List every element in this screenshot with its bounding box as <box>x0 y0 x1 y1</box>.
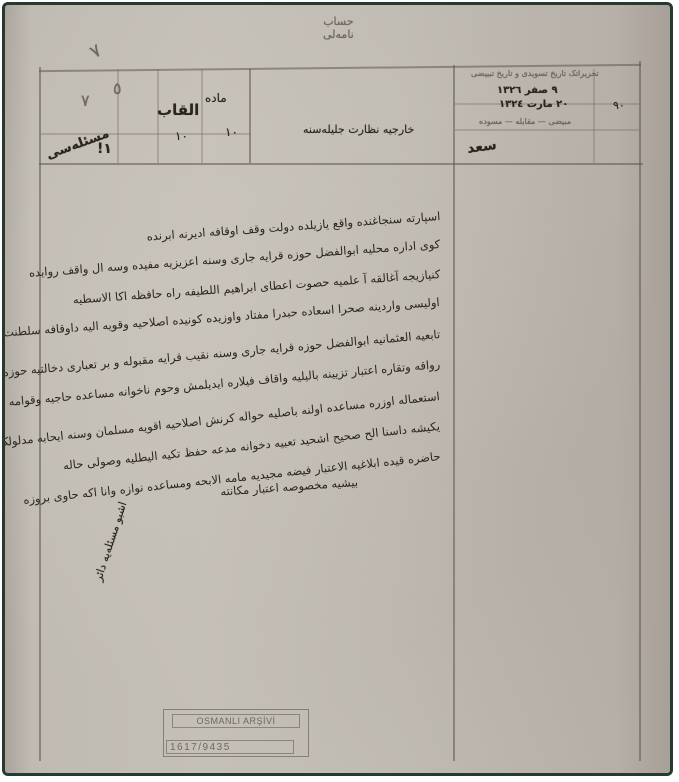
left-pencil-note: ٥ <box>113 79 122 98</box>
archive-stamp-label <box>172 727 298 737</box>
body-column-divider <box>453 65 455 761</box>
header-mid-rule <box>41 133 251 135</box>
column-value-1: ١٠ <box>225 125 238 139</box>
column-label-elkab: القاب <box>157 101 199 119</box>
archive-stamp-title: OSMANLI ARŞİVİ <box>172 714 300 728</box>
left-pencil-number: ٧ <box>81 91 90 110</box>
top-annotation: حساب نامه‌لی <box>323 15 354 41</box>
right-box-printed-line-2: مبیضی — مقابله — مسوده <box>479 117 571 126</box>
right-box-date-1: ٩ صفر ١٣٢٦ <box>497 85 558 96</box>
right-box-number: ٩٠ <box>613 99 625 112</box>
left-inked-number: ١! <box>97 141 112 157</box>
table-left-border <box>39 67 41 761</box>
addressee-heading: خارجیه نظارت جلیله‌سنه <box>303 123 414 136</box>
document-frame: حساب نامه‌لی ٧ ٥ ٧ مسئله‌سی ١! ماده القا… <box>2 2 673 776</box>
header-divider-4 <box>249 69 251 163</box>
archive-stamp: OSMANLI ARŞİVİ 1617/9435 <box>163 709 309 757</box>
header-divider-3 <box>201 69 203 163</box>
right-box-rule-2 <box>455 129 639 131</box>
right-box-date-2: ٢٠ مارت ١٣٢٤ <box>499 99 568 110</box>
column-value-2: ١٠ <box>175 129 188 143</box>
right-box-printed-line: تحریراتک تاریخ تسویدی و تاریخ تبییضی <box>471 69 599 78</box>
right-box-divider <box>593 69 595 163</box>
table-right-border <box>639 61 641 761</box>
column-label-madde: ماده <box>205 91 227 105</box>
header-bottom-border <box>39 163 643 165</box>
archive-stamp-number: 1617/9435 <box>166 740 294 754</box>
